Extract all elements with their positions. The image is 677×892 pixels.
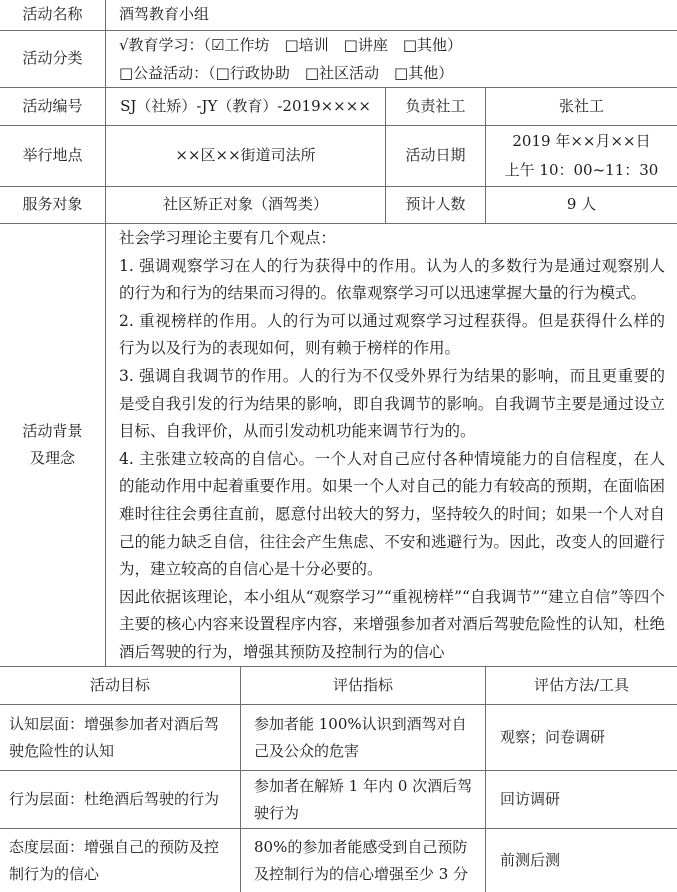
background-label-line2: 及理念 — [30, 445, 75, 472]
activity-date-line1: 2019 年××月××日 — [512, 127, 650, 156]
background-paragraph: 因此依据该理论，本小组从“观察学习”“重视榜样”“自我调节”“建立自信”等四个主… — [119, 584, 665, 667]
indicator-cell: 80%的参加者能感受到自己预防及控制行为的信心增强至少 3 分 — [240, 829, 485, 892]
service-target-label: 服务对象 — [0, 187, 105, 223]
row-activity-category: 活动分类 √教育学习：（☑工作坊 □培训 □讲座 □其他） □公益活动：（□行政… — [0, 31, 677, 88]
background-label-line1: 活动背景 — [22, 418, 82, 445]
background-text: 社会学习理论主要有几个观点： 1. 强调观察学习在人的行为获得中的作用。认为人的… — [105, 224, 677, 666]
indicator-cell: 参加者在解矫 1 年内 0 次酒后驾驶行为 — [240, 771, 485, 828]
responsible-worker-label: 负责社工 — [385, 88, 485, 125]
goals-header-indicator: 评估指标 — [240, 667, 485, 704]
activity-name-value: 酒驾教育小组 — [105, 0, 677, 30]
responsible-worker-value: 张社工 — [485, 88, 677, 125]
location-value: ××区××街道司法所 — [105, 126, 385, 186]
background-paragraph: 3. 强调自我调节的作用。人的行为不仅受外界行为结果的影响，而且更重要的是受自我… — [119, 363, 665, 446]
goals-header-goal: 活动目标 — [0, 667, 240, 704]
category-line-public-welfare: □公益活动：（□行政协助 □社区活动 □其他） — [119, 59, 453, 87]
background-label: 活动背景 及理念 — [0, 224, 105, 666]
row-location-date: 举行地点 ××区××街道司法所 活动日期 2019 年××月××日 上午 10：… — [0, 126, 677, 187]
row-service-target: 服务对象 社区矫正对象（酒驾类） 预计人数 9 人 — [0, 187, 677, 224]
row-activity-name: 活动名称 酒驾教育小组 — [0, 0, 677, 31]
goal-cell: 认知层面：增强参加者对酒后驾驶危险性的认知 — [0, 705, 240, 770]
activity-name-label: 活动名称 — [0, 0, 105, 30]
row-activity-number: 活动编号 SJ（社矫）-JY（教育）-2019×××× 负责社工 张社工 — [0, 88, 677, 126]
method-cell: 观察；问卷调研 — [485, 705, 677, 770]
location-label: 举行地点 — [0, 126, 105, 186]
goals-table: 活动目标 评估指标 评估方法/工具 认知层面：增强参加者对酒后驾驶危险性的认知 … — [0, 667, 677, 892]
activity-number-label: 活动编号 — [0, 88, 105, 125]
goals-row-behavior: 行为层面：杜绝酒后驾驶的行为 参加者在解矫 1 年内 0 次酒后驾驶行为 回访调… — [0, 771, 677, 829]
background-paragraph: 2. 重视榜样的作用。人的行为可以通过观察学习过程获得。但是获得什么样的行为以及… — [119, 308, 665, 363]
background-paragraph: 社会学习理论主要有几个观点： — [119, 225, 665, 253]
goals-row-attitude: 态度层面：增强自己的预防及控制行为的信心 80%的参加者能感受到自己预防及控制行… — [0, 829, 677, 892]
category-line-education: √教育学习：（☑工作坊 □培训 □讲座 □其他） — [119, 31, 462, 59]
goals-header-row: 活动目标 评估指标 评估方法/工具 — [0, 667, 677, 705]
activity-date-line2: 上午 10：00~11：30 — [505, 156, 659, 185]
method-cell: 前测后测 — [485, 829, 677, 892]
service-target-value: 社区矫正对象（酒驾类） — [105, 187, 385, 223]
activity-date-value: 2019 年××月××日 上午 10：00~11：30 — [485, 126, 677, 186]
background-paragraph: 4. 主张建立较高的自信心。一个人对自己应付各种情境能力的自信程度，在人的能动作… — [119, 446, 665, 584]
activity-date-label: 活动日期 — [385, 126, 485, 186]
activity-number-value: SJ（社矫）-JY（教育）-2019×××× — [105, 88, 385, 125]
activity-plan-document: 活动名称 酒驾教育小组 活动分类 √教育学习：（☑工作坊 □培训 □讲座 □其他… — [0, 0, 677, 892]
indicator-cell: 参加者能 100%认识到酒驾对自己及公众的危害 — [240, 705, 485, 770]
expected-count-value: 9 人 — [485, 187, 677, 223]
goal-cell: 行为层面：杜绝酒后驾驶的行为 — [0, 771, 240, 828]
activity-category-value: √教育学习：（☑工作坊 □培训 □讲座 □其他） □公益活动：（□行政协助 □社… — [105, 31, 677, 87]
goals-row-cognition: 认知层面：增强参加者对酒后驾驶危险性的认知 参加者能 100%认识到酒驾对自己及… — [0, 705, 677, 771]
row-background: 活动背景 及理念 社会学习理论主要有几个观点： 1. 强调观察学习在人的行为获得… — [0, 224, 677, 667]
method-cell: 回访调研 — [485, 771, 677, 828]
background-paragraph: 1. 强调观察学习在人的行为获得中的作用。认为人的多数行为是通过观察别人的行为和… — [119, 253, 665, 308]
expected-count-label: 预计人数 — [385, 187, 485, 223]
info-table: 活动名称 酒驾教育小组 活动分类 √教育学习：（☑工作坊 □培训 □讲座 □其他… — [0, 0, 677, 667]
goals-header-method: 评估方法/工具 — [485, 667, 677, 704]
activity-category-label: 活动分类 — [0, 31, 105, 87]
goal-cell: 态度层面：增强自己的预防及控制行为的信心 — [0, 829, 240, 892]
